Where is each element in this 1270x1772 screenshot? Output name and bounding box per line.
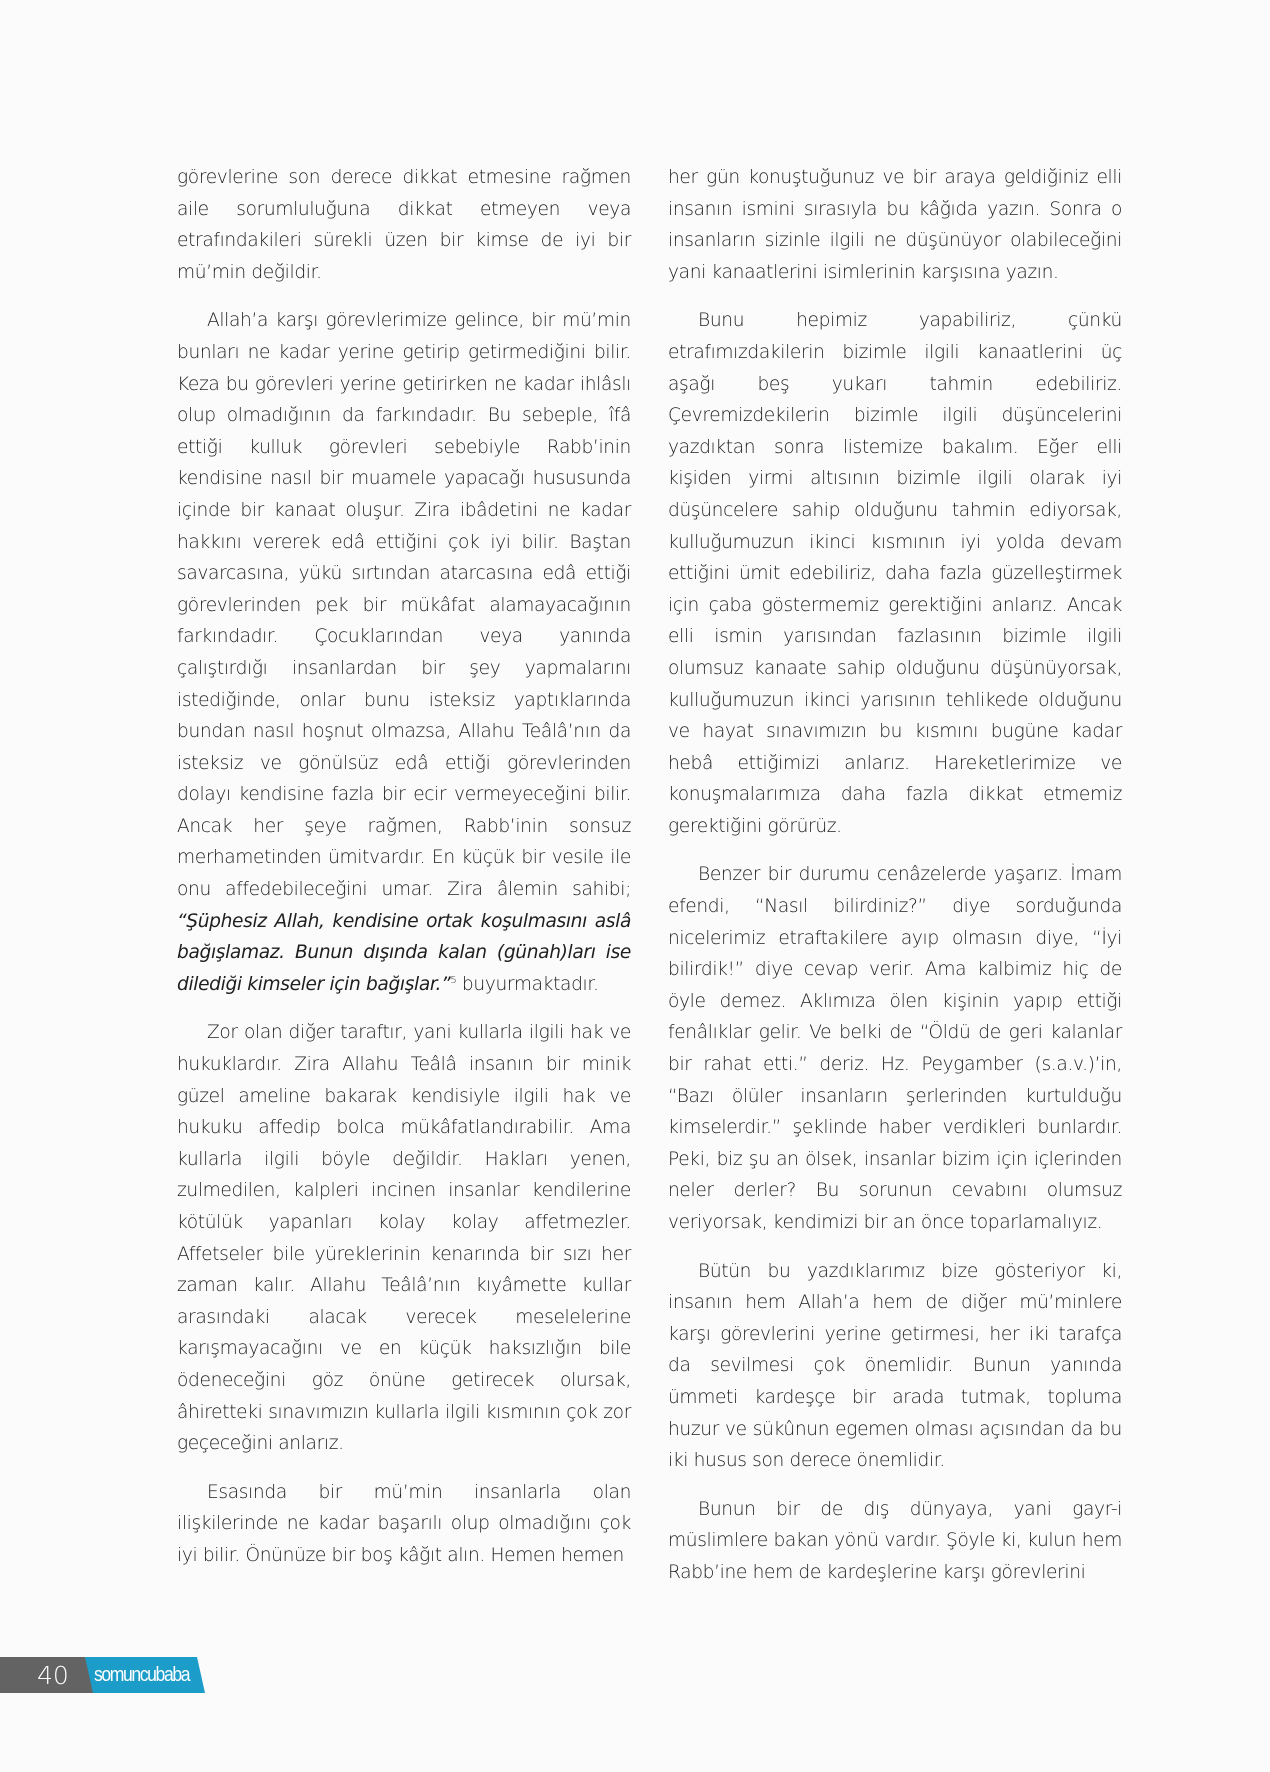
- paragraph: Esasında bir mü’min insanlarla olan iliş…: [177, 1477, 631, 1572]
- brand-logo: somuncubaba: [94, 1660, 189, 1690]
- page-number: 40: [37, 1659, 69, 1693]
- article-column-left: görevlerine son derece dikkat etmesine r…: [177, 162, 631, 1589]
- paragraph-text: buyurmaktadır.: [456, 974, 598, 995]
- article-column-right: her gün konuştuğunuz ve bir araya geldiğ…: [668, 162, 1122, 1606]
- paragraph: Bunu hepimiz yapabiliriz, çünkü etrafımı…: [668, 305, 1122, 842]
- paragraph-text: Allah’a karşı görevlerimize gelince, bir…: [177, 310, 631, 900]
- paragraph: Benzer bir durumu cenâzelerde yaşarız. İ…: [668, 859, 1122, 1238]
- paragraph: her gün konuştuğunuz ve bir araya geldiğ…: [668, 162, 1122, 288]
- paragraph: görevlerine son derece dikkat etmesine r…: [177, 162, 631, 288]
- page-footer: 40 somuncubaba: [0, 1657, 210, 1693]
- paragraph: Zor olan diğer taraftır, yani kullarla i…: [177, 1017, 631, 1459]
- paragraph: Bütün bu yazdıklarımız bize gösteriyor k…: [668, 1256, 1122, 1477]
- paragraph: Bunun bir de dış dünyaya, yani gayr-i mü…: [668, 1494, 1122, 1589]
- paragraph: Allah’a karşı görevlerimize gelince, bir…: [177, 305, 631, 1000]
